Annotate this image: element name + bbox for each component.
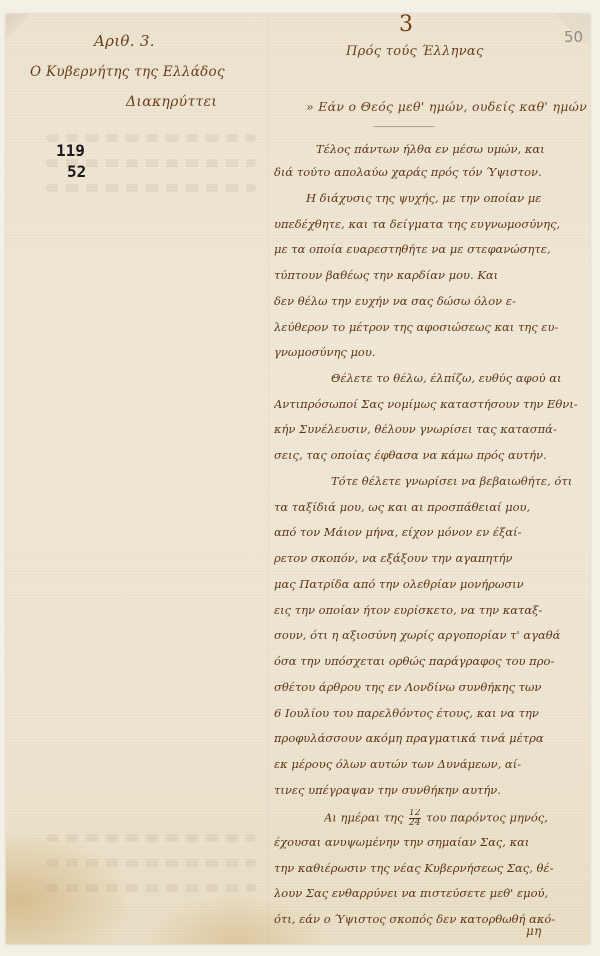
- show-through-ink: [46, 184, 256, 192]
- body-line: 6 Ιουλίου του παρελθόντος έτους, και να …: [274, 706, 590, 720]
- body-line: από τον Μάιον μήνα, είχον μόνον εν έξαί-: [274, 525, 590, 539]
- body-line: Η διάχυσις της ψυχής, με την οποίαν με: [306, 191, 590, 205]
- body-line: σεις, τας οποίας έφθασα να κάμω πρός αυτ…: [274, 448, 590, 462]
- show-through-ink: [46, 834, 256, 842]
- motto: » Εάν ο Θεός μεθ' ημών, ουδείς καθ' ημών…: [306, 99, 590, 114]
- body-line: εκ μέρους όλων αυτών των Δυνάμεων, αί-: [274, 757, 590, 771]
- body-line: ότι, εάν ο Ύψιστος σκοπός δεν κατορθωθή …: [274, 912, 590, 926]
- body-line: Τότε θέλετε γνωρίσει να βεβαιωθήτε, ότι: [331, 474, 590, 488]
- body-line: έχουσαι ανυψωμένην την σημαίαν Σας, και: [274, 835, 590, 849]
- catchword: μη: [526, 924, 542, 938]
- body-line: την καθιέρωσιν της νέας Κυβερνήσεως Σας,…: [274, 861, 590, 875]
- sender-title: Ο Κυβερνήτης της Ελλάδος: [30, 64, 225, 80]
- show-through-ink: [46, 884, 256, 892]
- body-line: Τέλος πάντων ήλθα εν μέσω υμών, και: [316, 142, 590, 156]
- addressee-heading: Πρός τούς Έλληνας: [346, 44, 484, 59]
- body-line: όσα την υπόσχεται ορθώς παράγραφος του π…: [274, 654, 590, 668]
- body-line: Θέλετε το θέλω, έλπίζω, ευθύς αφού αι: [331, 371, 590, 385]
- body-line: λουν Σας ενθαρρύνει να πιστεύσετε μεθ' ε…: [274, 886, 590, 900]
- ink-page-number: 3: [399, 14, 413, 37]
- body-line: τινες υπέγραψαν την συνθήκην αυτήν.: [274, 783, 590, 797]
- date-prefix: Αι ημέραι της: [324, 811, 403, 825]
- body-line: δεν θέλω την ευχήν να σας δώσω όλον ε-: [274, 294, 590, 308]
- body-line: μας Πατρίδα από την ολεθρίαν μονήρωσιν: [274, 577, 590, 591]
- pencil-folio-number: 50: [564, 28, 583, 46]
- body-line: προφυλάσσουν ακόμη πραγματικά τινά μέτρα: [274, 731, 590, 745]
- body-line: διά τούτο απολαύω χαράς πρός τόν Ύψιστον…: [274, 165, 590, 179]
- reference-number: Αριθ. 3.: [94, 32, 155, 50]
- scan-mount: Αριθ. 3. Ο Κυβερνήτης της Ελλάδος Διακηρ…: [0, 0, 600, 956]
- body-line: γνωμοσύνης μου.: [274, 345, 590, 359]
- body-line: σουν, ότι η αξιοσύνη χωρίς αργοπορίαν τ'…: [274, 628, 590, 642]
- body-line: τα ταξίδιά μου, ως και αι προσπάθειαί μο…: [274, 500, 590, 514]
- heading-underline: [374, 126, 434, 127]
- body-line: σθέτου άρθρου της εν Λονδίνω συνθήκης τω…: [274, 680, 590, 694]
- body-line: με τα οποία ευαρεστηθήτε να με στεφανώση…: [274, 242, 590, 256]
- body-line: εις την οποίαν ήτον ευρίσκετο, να την κα…: [274, 603, 590, 617]
- page-fold: [268, 14, 270, 944]
- body-line: Αντιπρόσωποί Σας νομίμως καταστήσουν την…: [274, 397, 590, 411]
- body-line: τύπτουν βαθέως την καρδίαν μου. Και: [274, 268, 590, 282]
- manuscript-page: Αριθ. 3. Ο Κυβερνήτης της Ελλάδος Διακηρ…: [6, 14, 590, 944]
- body-line: ρετον σκοπόν, να εξάξουν την αγαπητήν: [274, 551, 590, 565]
- body-line: λεύθερον το μέτρον της αφοσιώσεως και τη…: [274, 320, 590, 334]
- body-line-with-date: Αι ημέραι της 12 24 του παρόντος μηνός,: [324, 809, 590, 828]
- date-denominator: 24: [409, 819, 420, 828]
- archive-stamp-number: 119: [56, 141, 85, 160]
- archive-stamp-subnumber: 52: [67, 162, 86, 181]
- body-line: κήν Συνέλευσιν, θέλουν γνωρίσει τας κατα…: [274, 422, 590, 436]
- date-fraction: 12 24: [409, 809, 420, 828]
- body-line: υπεδέχθητε, και τα δείγματα της ευγνωμοσ…: [274, 217, 590, 231]
- sender-declaration: Διακηρύττει: [126, 94, 217, 110]
- show-through-ink: [46, 859, 256, 867]
- folded-corner-top-left: [6, 14, 30, 38]
- date-suffix: του παρόντος μηνός,: [426, 811, 548, 825]
